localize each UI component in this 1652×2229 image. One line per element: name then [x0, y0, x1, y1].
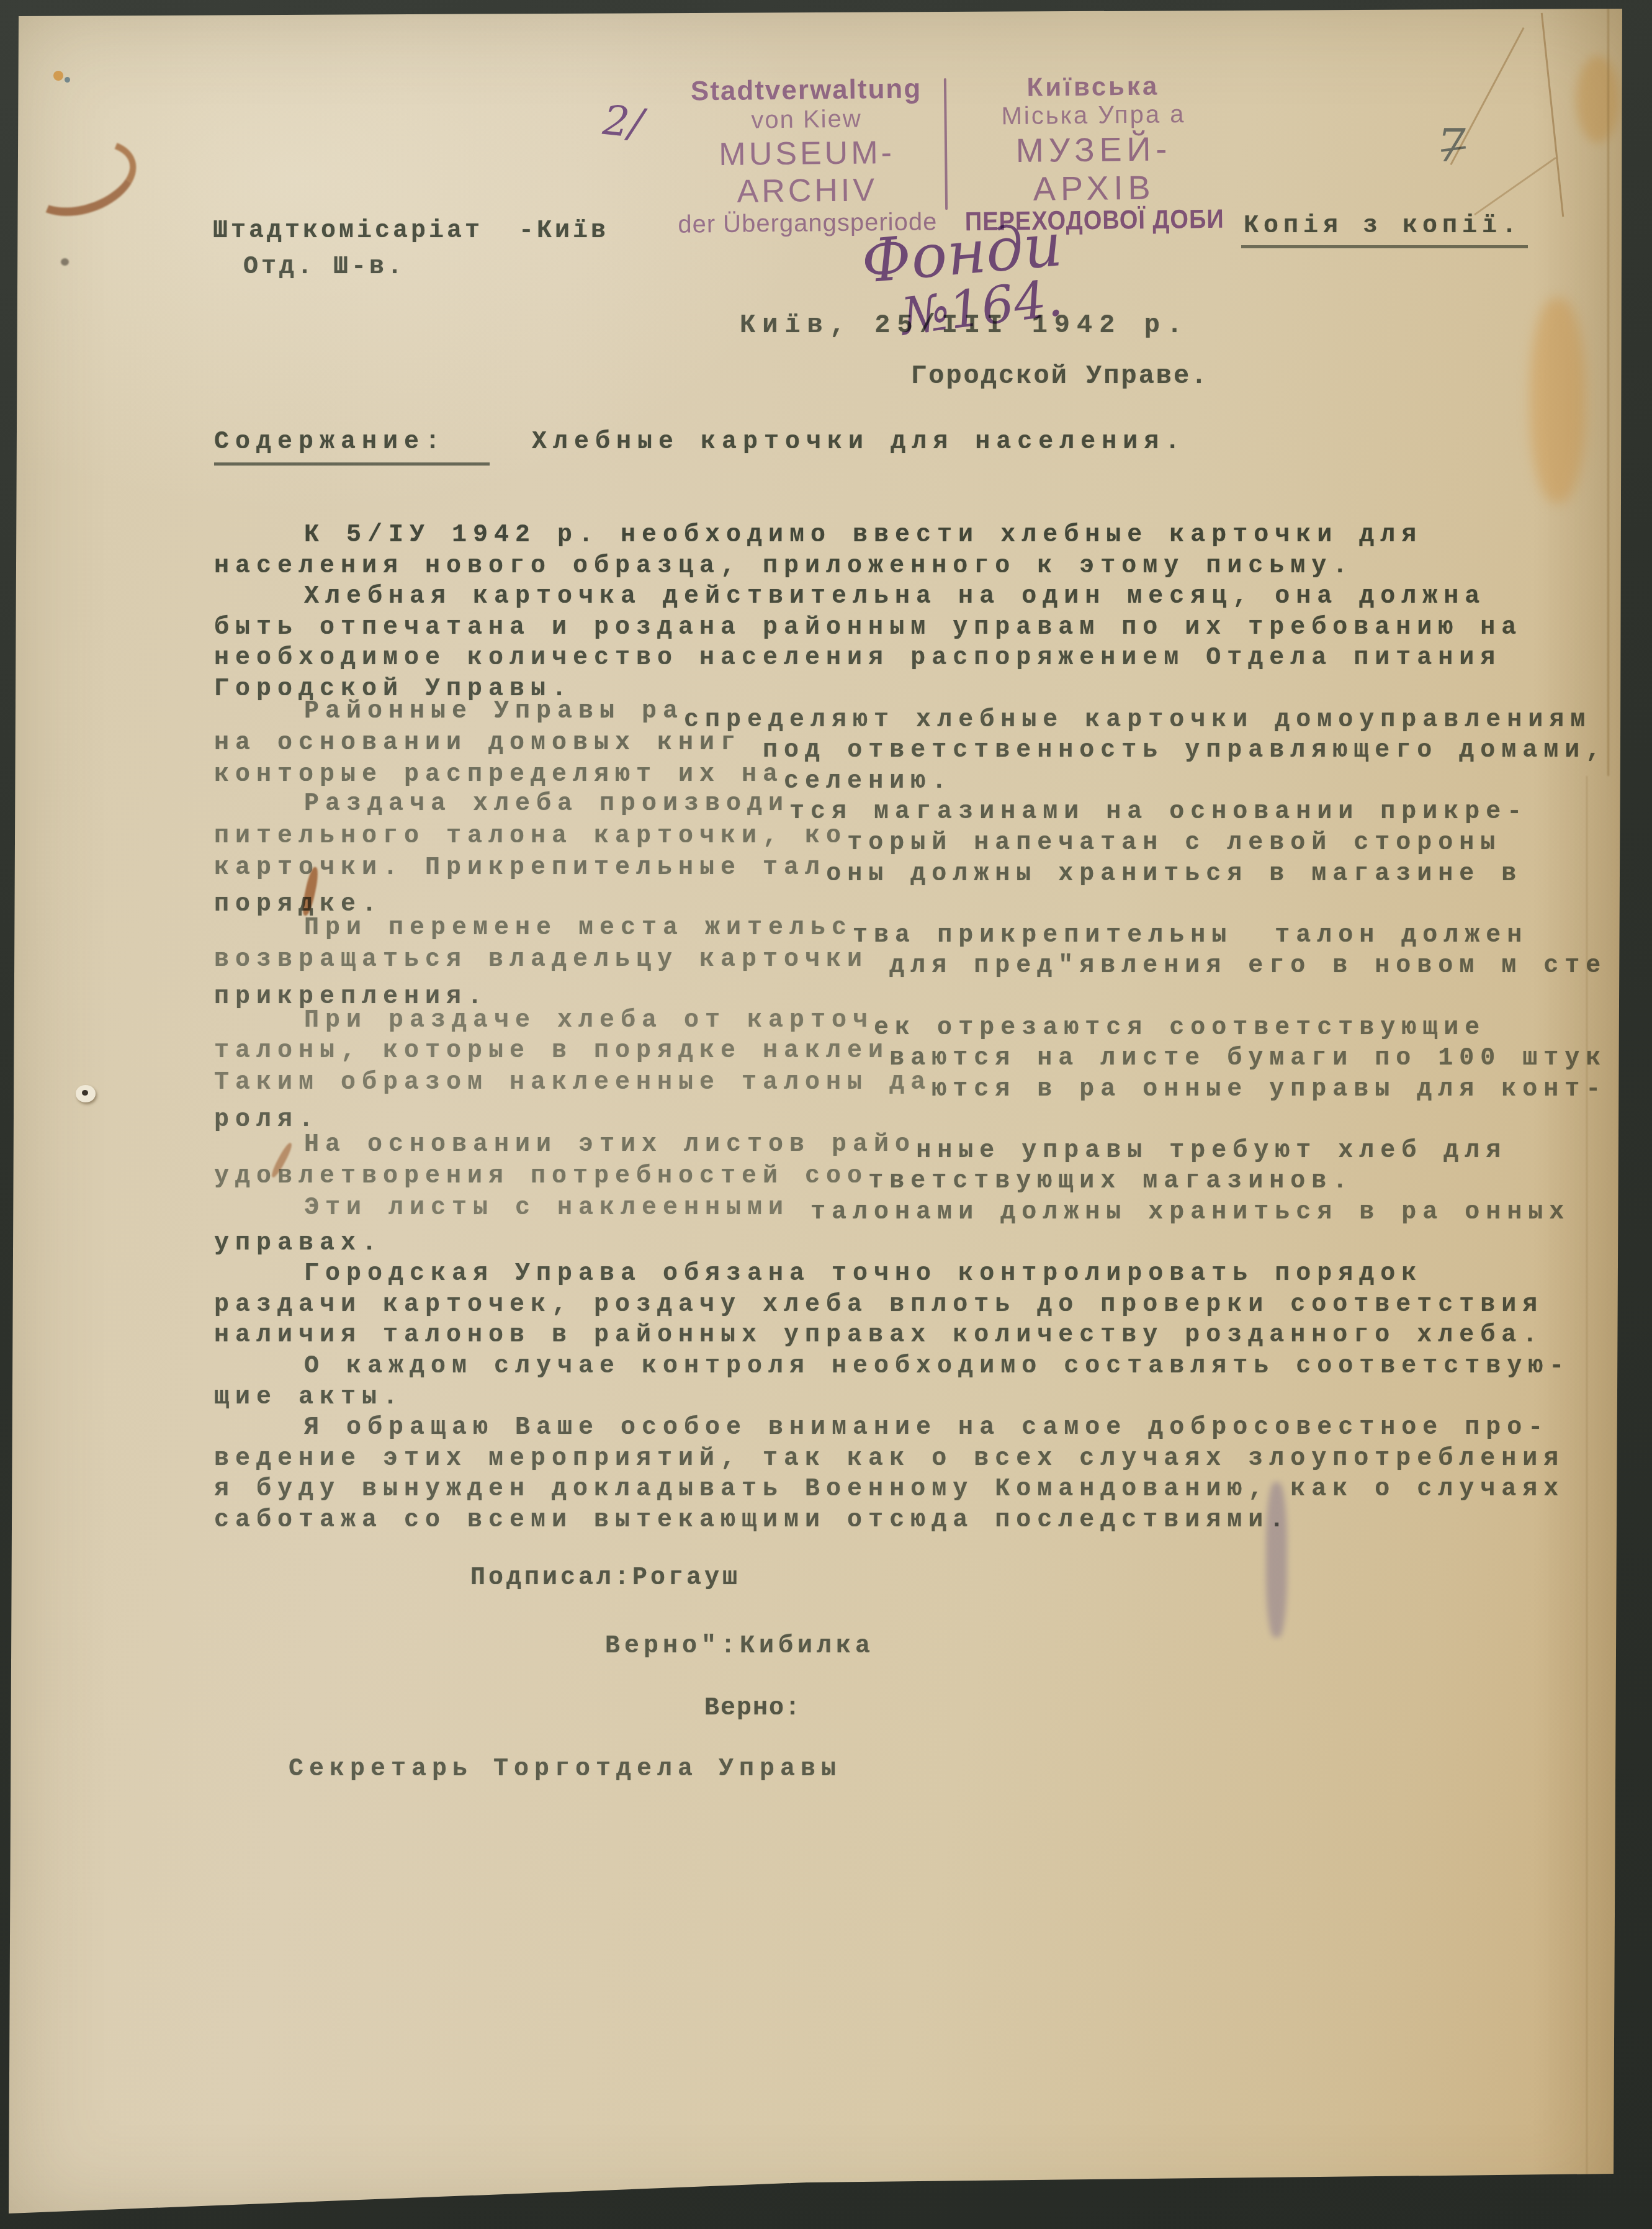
tape-stain — [1530, 298, 1586, 503]
subject-line: Содержание: Хлебные карточки для населен… — [214, 428, 1186, 456]
signature-certified-2: Верно: — [704, 1695, 801, 1722]
body-line: наличия талонов в районных управах колич… — [214, 1320, 1635, 1351]
copy-annotation: Копія з копії. — [1241, 212, 1528, 248]
paper-crease — [1474, 157, 1556, 215]
handwritten-page-number-right: 7 — [1437, 119, 1466, 171]
tape-stain — [1576, 56, 1620, 143]
body-line: Хлебная карточка действительна на один м… — [214, 582, 1635, 613]
subject-value: Хлебные карточки для населения. — [532, 428, 1186, 456]
body-line: населения нового образца, приложенного к… — [214, 551, 1635, 582]
body-line: быть отпечатана и роздана районным управ… — [214, 613, 1635, 644]
handwritten-digit: 7 — [1437, 119, 1466, 171]
body-line: О каждом случае контроля необходимо сост… — [214, 1351, 1635, 1382]
archive-stamp: Stadtverwaltung von Kiew MUSEUM-ARCHIV d… — [673, 70, 1232, 218]
date-line: Київ, 25/ІІІ 1942 р. — [740, 310, 1189, 340]
stamp-line: Stadtverwaltung — [673, 73, 940, 107]
body-line: Таким образом наклеенные талоны даются в… — [214, 1074, 1635, 1105]
ink-squiggle-stain — [17, 126, 146, 230]
subject-text — [490, 428, 532, 456]
stamp-line: Київська — [955, 70, 1231, 103]
body-line: ведение этих мероприятий, так как о всех… — [214, 1444, 1635, 1475]
body-line: Городская Управа обязана точно контролир… — [214, 1259, 1635, 1290]
body-line: саботажа со всеми вытекающими отсюда пос… — [214, 1505, 1635, 1536]
handwritten-page-number-left: 2/ — [601, 96, 645, 148]
letter-sheet: Stadtverwaltung von Kiew MUSEUM-ARCHIV d… — [0, 0, 1652, 2229]
dark-speck — [61, 258, 69, 266]
stamp-line: МУЗЕЙ-АРХІВ — [956, 129, 1232, 209]
sender-department: Отд. Ш-в. — [243, 253, 405, 281]
body-line: карточки. Прикрепительные талоны должны … — [214, 859, 1635, 890]
paper-crease — [1541, 13, 1564, 217]
body-line: управах. — [214, 1228, 1635, 1259]
signature-signed-by: Подписал:Рогауш — [470, 1564, 740, 1592]
body-line: К 5/ІУ 1942 р. необходимо ввести хлебные… — [214, 520, 1635, 551]
body-line: Я обращаю Ваше особое внимание на самое … — [214, 1413, 1635, 1444]
body-line: щие акты. — [214, 1382, 1635, 1413]
stamp-line: Міська Упра а — [955, 100, 1231, 131]
body-line: необходимое количество населения распоря… — [214, 643, 1635, 674]
body-line: Эти листы с наклеенными талонами должны … — [214, 1197, 1635, 1228]
stamp-line: von Kiew — [673, 104, 940, 135]
letter-body: К 5/ІУ 1942 р. необходимо ввести хлебные… — [214, 520, 1635, 1536]
body-line: возвращаться владельцу карточки для пред… — [214, 951, 1635, 982]
body-line: я буду вынужден докладывать Военному Ком… — [214, 1474, 1635, 1505]
puncture-hole — [76, 1085, 96, 1102]
subject-label: Содержание: — [214, 428, 490, 466]
addressee: Городской Управе. — [911, 361, 1208, 391]
stamp-line: MUSEUM-ARCHIV — [673, 133, 941, 210]
signature-certified-1: Верно":Кибилка — [605, 1632, 874, 1660]
ink-speck — [65, 77, 70, 83]
signature-secretary: Секретарь Торготдела Управы — [289, 1755, 842, 1783]
archive-stamp-german: Stadtverwaltung von Kiew MUSEUM-ARCHIV d… — [673, 73, 941, 238]
stamp-divider — [944, 78, 948, 210]
sender-name: Штадткомісаріат -Київ — [213, 217, 609, 245]
scanned-document: Stadtverwaltung von Kiew MUSEUM-ARCHIV d… — [0, 0, 1652, 2229]
rust-dot — [53, 71, 63, 81]
archive-stamp-ukrainian: Київська Міська Упра а МУЗЕЙ-АРХІВ ПЕРЕХ… — [955, 70, 1233, 236]
body-line: раздачи карточек, роздачу хлеба вплоть д… — [214, 1290, 1635, 1321]
